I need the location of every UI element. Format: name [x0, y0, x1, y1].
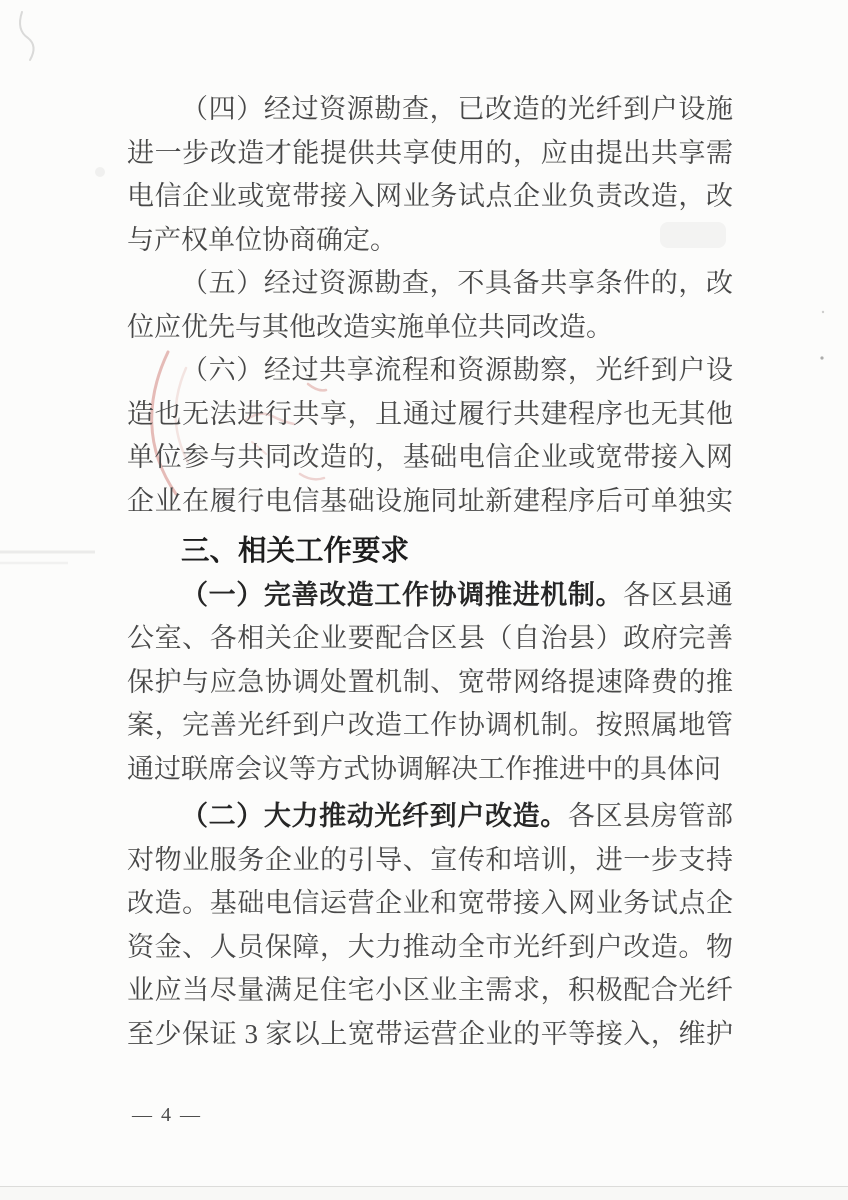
item-one-line-2: 公室、各相关企业要配合区县（自治县）政府完善宽带设施 — [127, 617, 733, 661]
item-one-line-4: 案，完善光纤到户改造工作协调机制。按照属地管理原则， — [127, 704, 733, 748]
para-four-line-3: 电信企业或宽带接入网业务试点企业负责改造，改造方案应 — [127, 175, 733, 219]
para-five-line-1: （五）经过资源勘查，不具备共享条件的，改造实施单 — [127, 262, 733, 306]
item-one-line-3: 保护与应急协调处置机制、宽带网络提速降费的推进实施方 — [127, 661, 733, 705]
item-two-lead: （二）大力推动光纤到户改造。各区县房管部门要强化 — [127, 795, 733, 839]
item-one-lead: （一）完善改造工作协调推进机制。各区县通信发展办 — [127, 574, 733, 618]
para-five-line-2: 位应优先与其他改造实施单位共同改造。 — [127, 306, 733, 350]
para-six-line-2: 造也无法进行共享，且通过履行共建程序也无其他改造实施 — [127, 393, 733, 437]
para-four-line-2: 进一步改造才能提供共享使用的，应由提出共享需求的基础 — [127, 132, 733, 176]
item-two-line-4: 资金、人员保障，大力推动全市光纤到户改造。物业服务企 — [127, 926, 733, 970]
page-number: — 4 — — [132, 1103, 202, 1127]
para-six-line-3: 单位参与共同改造的，基础电信企业或宽带接入网业务试点 — [127, 436, 733, 480]
scan-bottom-edge — [0, 1186, 848, 1200]
item-two-line-3: 改造。基础电信运营企业和宽带接入网业务试点企业要做好 — [127, 882, 733, 926]
item-two-line-6: 至少保证 3 家以上宽带运营企业的平等接入，维护住宅小区 — [127, 1013, 733, 1057]
item-two-lead-bold: （二）大力推动光纤到户改造。 — [181, 801, 568, 831]
scan-streaks-left — [0, 552, 95, 563]
scan-smudge-top-left — [20, 12, 105, 177]
para-four-line-4: 与产权单位协商确定。 — [127, 219, 733, 263]
document-body: （四）经过资源勘查，已改造的光纤到户设施需要经过 进一步改造才能提供共享使用的，… — [127, 88, 733, 1056]
item-two-line-5: 业应当尽量满足住宅小区业主需求，积极配合光纤到户改造， — [127, 969, 733, 1013]
item-one-line-5: 通过联席会议等方式协调解决工作推进中的具体问题。 — [127, 748, 733, 792]
item-one-lead-bold: （一）完善改造工作协调推进机制。 — [181, 580, 623, 610]
item-two-line-2: 对物业服务企业的引导、宣传和培训，进一步支持光纤到户 — [127, 839, 733, 883]
para-six-line-1: （六）经过共享流程和资源勘察，光纤到户设施经过改 — [127, 349, 733, 393]
para-six-line-4: 企业在履行电信基础设施同址新建程序后可单独实施改造。 — [127, 480, 733, 524]
section-heading: 三、相关工作要求 — [127, 530, 733, 574]
document-page: （四）经过资源勘查，已改造的光纤到户设施需要经过 进一步改造才能提供共享使用的，… — [0, 0, 848, 1200]
para-four-line-1: （四）经过资源勘查，已改造的光纤到户设施需要经过 — [127, 88, 733, 132]
